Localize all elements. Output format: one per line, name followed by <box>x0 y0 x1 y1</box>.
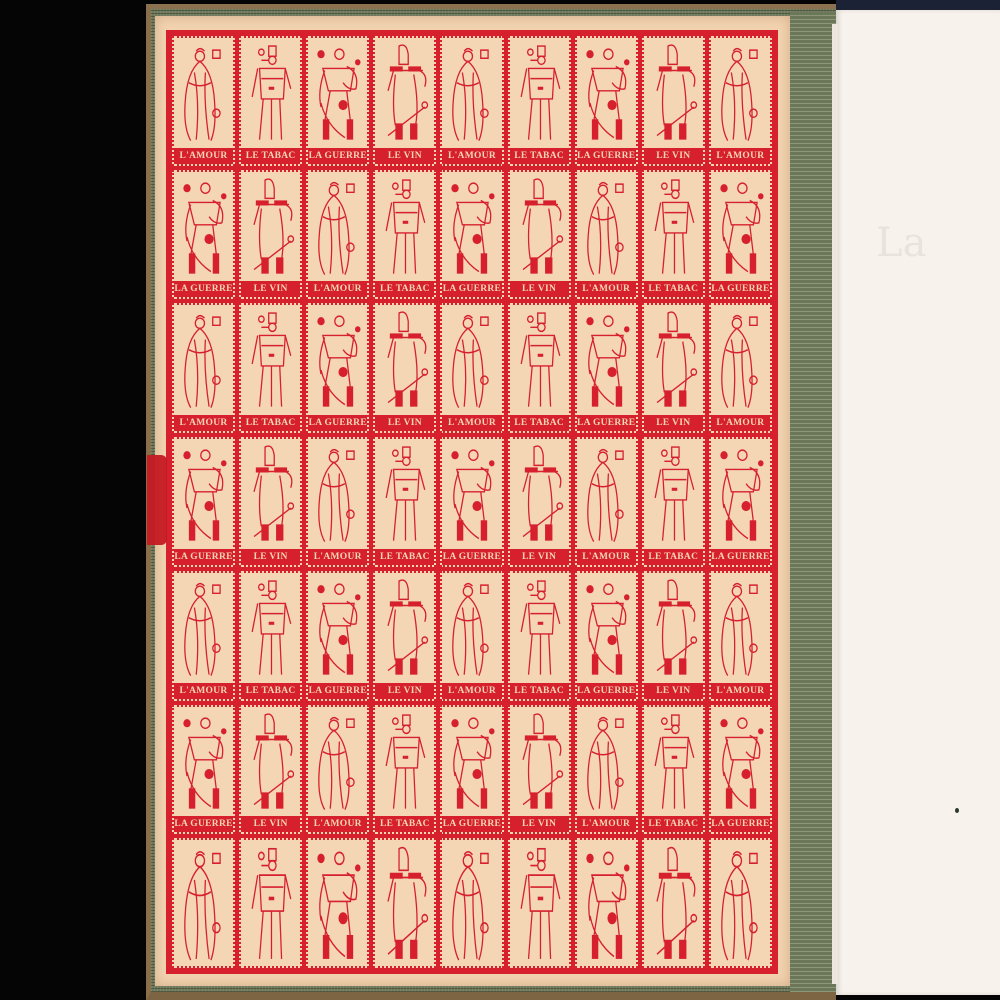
pattern-tile-la-guerre: LA GUERRE <box>306 303 369 433</box>
tile-label: LE TABAC <box>375 281 434 297</box>
tile-label: LA GUERRE <box>442 549 501 565</box>
pattern-tile-l-amour: L'AMOUR <box>575 437 638 567</box>
tile-label: LA GUERRE <box>442 281 501 297</box>
pattern-tile-le-vin: LE VIN <box>373 303 436 433</box>
pattern-tile-la-guerre: LA GUERRE <box>440 437 503 567</box>
pattern-tile-le-vin: LE VIN <box>642 303 705 433</box>
pattern-tile-l-amour: L'AMOUR <box>709 838 772 968</box>
tile-label: L'AMOUR <box>577 281 636 297</box>
tile-label: LE VIN <box>644 415 703 431</box>
pattern-tile-l-amour: L'AMOUR <box>440 838 503 968</box>
pattern-tile-la-guerre: LA GUERRE <box>709 705 772 835</box>
tile-label: LE VIN <box>375 415 434 431</box>
tile-label: LE VIN <box>375 148 434 164</box>
pattern-tile-le-tabac: LE TABAC <box>642 705 705 835</box>
tile-label: LE VIN <box>510 816 569 832</box>
tile-label: LE TABAC <box>510 683 569 699</box>
pattern-tile-la-guerre: LA GUERRE <box>709 170 772 300</box>
pattern-tile-la-guerre: LA GUERRE <box>575 303 638 433</box>
pattern-tile-le-vin: LE VIN <box>373 838 436 968</box>
tile-label: LA GUERRE <box>308 415 367 431</box>
pattern-tile-le-tabac: LE TABAC <box>508 571 571 701</box>
pattern-tile-la-guerre: LA GUERRE <box>172 170 235 300</box>
tile-label: LE VIN <box>644 683 703 699</box>
tile-label: LE VIN <box>241 281 300 297</box>
pattern-tile-le-vin: LE VIN <box>508 705 571 835</box>
pattern-tile-le-tabac: LE TABAC <box>373 170 436 300</box>
tile-label: L'AMOUR <box>308 281 367 297</box>
pattern-tile-l-amour: L'AMOUR <box>575 170 638 300</box>
tile-label: LE TABAC <box>644 816 703 832</box>
pattern-tile-l-amour: L'AMOUR <box>709 303 772 433</box>
book-spine-hinge <box>790 12 836 992</box>
tile-label: LA GUERRE <box>174 549 233 565</box>
tile-label: L'AMOUR <box>174 415 233 431</box>
pattern-tile-l-amour: L'AMOUR <box>172 36 235 166</box>
tile-label: LE TABAC <box>510 148 569 164</box>
tile-label: L'AMOUR <box>174 683 233 699</box>
pattern-tile-le-tabac: LE TABAC <box>239 36 302 166</box>
paper-speck <box>955 808 959 813</box>
pattern-tile-le-vin: LE VIN <box>642 36 705 166</box>
pattern-tile-la-guerre: LA GUERRE <box>172 705 235 835</box>
pattern-tile-la-guerre: LA GUERRE <box>709 437 772 567</box>
pattern-tile-le-vin: LE VIN <box>373 571 436 701</box>
pattern-tile-la-guerre: LA GUERRE <box>440 705 503 835</box>
pattern-tile-le-tabac: LE TABAC <box>239 571 302 701</box>
pattern-tile-l-amour: L'AMOUR <box>440 303 503 433</box>
tile-label: LA GUERRE <box>711 549 770 565</box>
pattern-tile-l-amour: L'AMOUR <box>172 838 235 968</box>
pattern-tile-l-amour: L'AMOUR <box>709 571 772 701</box>
pattern-tile-l-amour: L'AMOUR <box>709 36 772 166</box>
pattern-tile-le-tabac: LE TABAC <box>239 303 302 433</box>
blank-page[interactable]: La <box>836 10 1000 995</box>
pattern-tile-l-amour: L'AMOUR <box>440 36 503 166</box>
tile-label: L'AMOUR <box>442 683 501 699</box>
pattern-tile-le-vin: LE VIN <box>239 170 302 300</box>
tile-label: LA GUERRE <box>577 415 636 431</box>
pattern-tile-la-guerre: LA GUERRE <box>575 571 638 701</box>
pattern-tile-la-guerre: LA GUERRE <box>306 571 369 701</box>
pattern-tile-la-guerre: LA GUERRE <box>575 838 638 968</box>
pattern-tile-la-guerre: LA GUERRE <box>575 36 638 166</box>
tile-label: LE TABAC <box>241 148 300 164</box>
showthrough-text: La <box>876 220 926 266</box>
tile-label: LE VIN <box>644 148 703 164</box>
pattern-tile-le-tabac: LE TABAC <box>373 437 436 567</box>
tile-label: LA GUERRE <box>174 816 233 832</box>
pattern-tile-l-amour: L'AMOUR <box>172 303 235 433</box>
tile-label: L'AMOUR <box>711 148 770 164</box>
tile-label: L'AMOUR <box>308 549 367 565</box>
pattern-tile-le-tabac: LE TABAC <box>373 705 436 835</box>
tile-label: L'AMOUR <box>711 683 770 699</box>
pattern-tile-la-guerre: LA GUERRE <box>306 838 369 968</box>
pattern-tile-la-guerre: LA GUERRE <box>440 170 503 300</box>
tile-label: L'AMOUR <box>577 816 636 832</box>
pattern-tile-le-tabac: LE TABAC <box>642 437 705 567</box>
tile-label: LE TABAC <box>510 415 569 431</box>
pattern-tile-l-amour: L'AMOUR <box>306 437 369 567</box>
tile-label: LE TABAC <box>375 816 434 832</box>
pattern-tile-le-tabac: LE TABAC <box>508 303 571 433</box>
tile-label: LA GUERRE <box>577 683 636 699</box>
pattern-tile-l-amour: L'AMOUR <box>306 170 369 300</box>
pattern-tile-le-vin: LE VIN <box>239 705 302 835</box>
tile-label: LA GUERRE <box>711 816 770 832</box>
pattern-tile-le-tabac: LE TABAC <box>239 838 302 968</box>
tile-label: LE TABAC <box>241 415 300 431</box>
tile-label: LE VIN <box>375 683 434 699</box>
tile-label: LE VIN <box>241 816 300 832</box>
page-edges <box>832 24 838 984</box>
tile-label: LE TABAC <box>241 683 300 699</box>
ribbon-bookmark[interactable] <box>147 455 167 545</box>
tile-label: LA GUERRE <box>442 816 501 832</box>
pattern-tile-l-amour: L'AMOUR <box>575 705 638 835</box>
tile-label: L'AMOUR <box>442 415 501 431</box>
pattern-tile-le-vin: LE VIN <box>239 437 302 567</box>
pattern-tile-l-amour: L'AMOUR <box>172 571 235 701</box>
pattern-tile-l-amour: L'AMOUR <box>440 571 503 701</box>
pattern-tile-l-amour: L'AMOUR <box>306 705 369 835</box>
pattern-tile-le-vin: LE VIN <box>508 437 571 567</box>
tile-label: L'AMOUR <box>174 148 233 164</box>
tile-label: LE VIN <box>241 549 300 565</box>
pattern-tile-le-vin: LE VIN <box>508 170 571 300</box>
endpaper-pattern-grid: L'AMOUR LE TABAC LA GUERRE LE VIN L'AMOU… <box>166 30 778 974</box>
tile-label: LE TABAC <box>375 549 434 565</box>
tile-label: L'AMOUR <box>577 549 636 565</box>
tile-label: LA GUERRE <box>577 148 636 164</box>
tile-label: LE VIN <box>510 281 569 297</box>
tile-label: LA GUERRE <box>711 281 770 297</box>
tile-label: LA GUERRE <box>308 148 367 164</box>
tile-label: L'AMOUR <box>442 148 501 164</box>
pattern-tile-le-tabac: LE TABAC <box>508 36 571 166</box>
pattern-tile-le-vin: LE VIN <box>642 838 705 968</box>
tile-label: LE TABAC <box>644 281 703 297</box>
pattern-tile-le-vin: LE VIN <box>373 36 436 166</box>
pattern-tile-le-tabac: LE TABAC <box>642 170 705 300</box>
tile-label: LE VIN <box>510 549 569 565</box>
tile-label: LA GUERRE <box>174 281 233 297</box>
pattern-tile-le-tabac: LE TABAC <box>508 838 571 968</box>
pattern-tile-la-guerre: LA GUERRE <box>172 437 235 567</box>
tile-label: LE TABAC <box>644 549 703 565</box>
tile-label: L'AMOUR <box>308 816 367 832</box>
pattern-tile-le-vin: LE VIN <box>642 571 705 701</box>
pattern-tile-la-guerre: LA GUERRE <box>306 36 369 166</box>
tile-label: L'AMOUR <box>711 415 770 431</box>
tile-label: LA GUERRE <box>308 683 367 699</box>
